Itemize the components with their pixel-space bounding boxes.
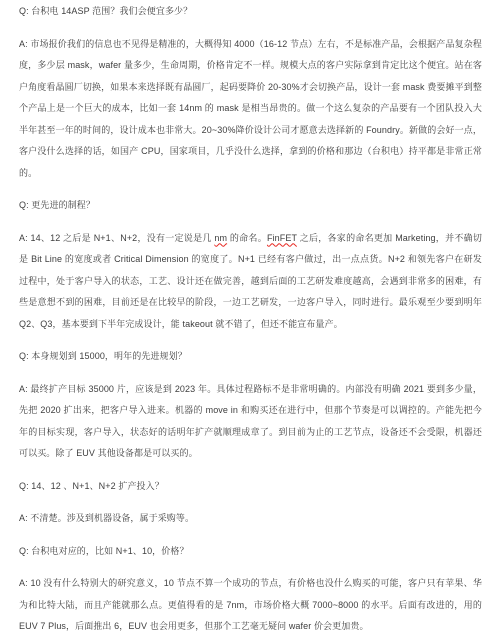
answer-3: A: 最终扩产目标 35000 片，应该是到 2023 年。具体过程路标不是非常… xyxy=(19,379,482,465)
question-2: Q: 更先进的制程？ xyxy=(19,195,482,217)
misspelled-word-finfet: FinFET xyxy=(267,233,297,243)
question-3: Q: 本身规划到 15000，明年的先进规划？ xyxy=(19,346,482,368)
answer-2-segment: 之后，各家的命名更加 Marketing，并不确切是 Bit Line 的宽度或… xyxy=(19,233,482,329)
document-page: Q: 台积电 14ASP 范围？我们会便宜多少？ A: 市场报价我们的信息也不见… xyxy=(0,0,500,638)
question-5: Q: 台积电对应的，比如 N+1、10，价格？ xyxy=(19,541,482,563)
answer-2-segment: 的命名。 xyxy=(227,233,267,243)
answer-2: A: 14、12 之后是 N+1、N+2，没有一定说是几 nm 的命名。FinF… xyxy=(19,228,482,336)
answer-1: A: 市场报价我们的信息也不见得是精准的，大概得知 4000（16-12 节点）… xyxy=(19,34,482,185)
misspelled-word-nm: nm xyxy=(214,233,227,243)
answer-4: A: 不清楚。涉及到机器设备，属于采购等。 xyxy=(19,508,482,530)
answer-2-segment: A: 14、12 之后是 N+1、N+2，没有一定说是几 xyxy=(19,233,214,243)
question-1: Q: 台积电 14ASP 范围？我们会便宜多少？ xyxy=(19,1,482,23)
answer-5: A: 10 没有什么特别大的研究意义，10 节点不算一个成功的节点，有价格也没什… xyxy=(19,573,482,638)
question-4: Q: 14、12 、N+1、N+2 扩产投入？ xyxy=(19,476,482,498)
